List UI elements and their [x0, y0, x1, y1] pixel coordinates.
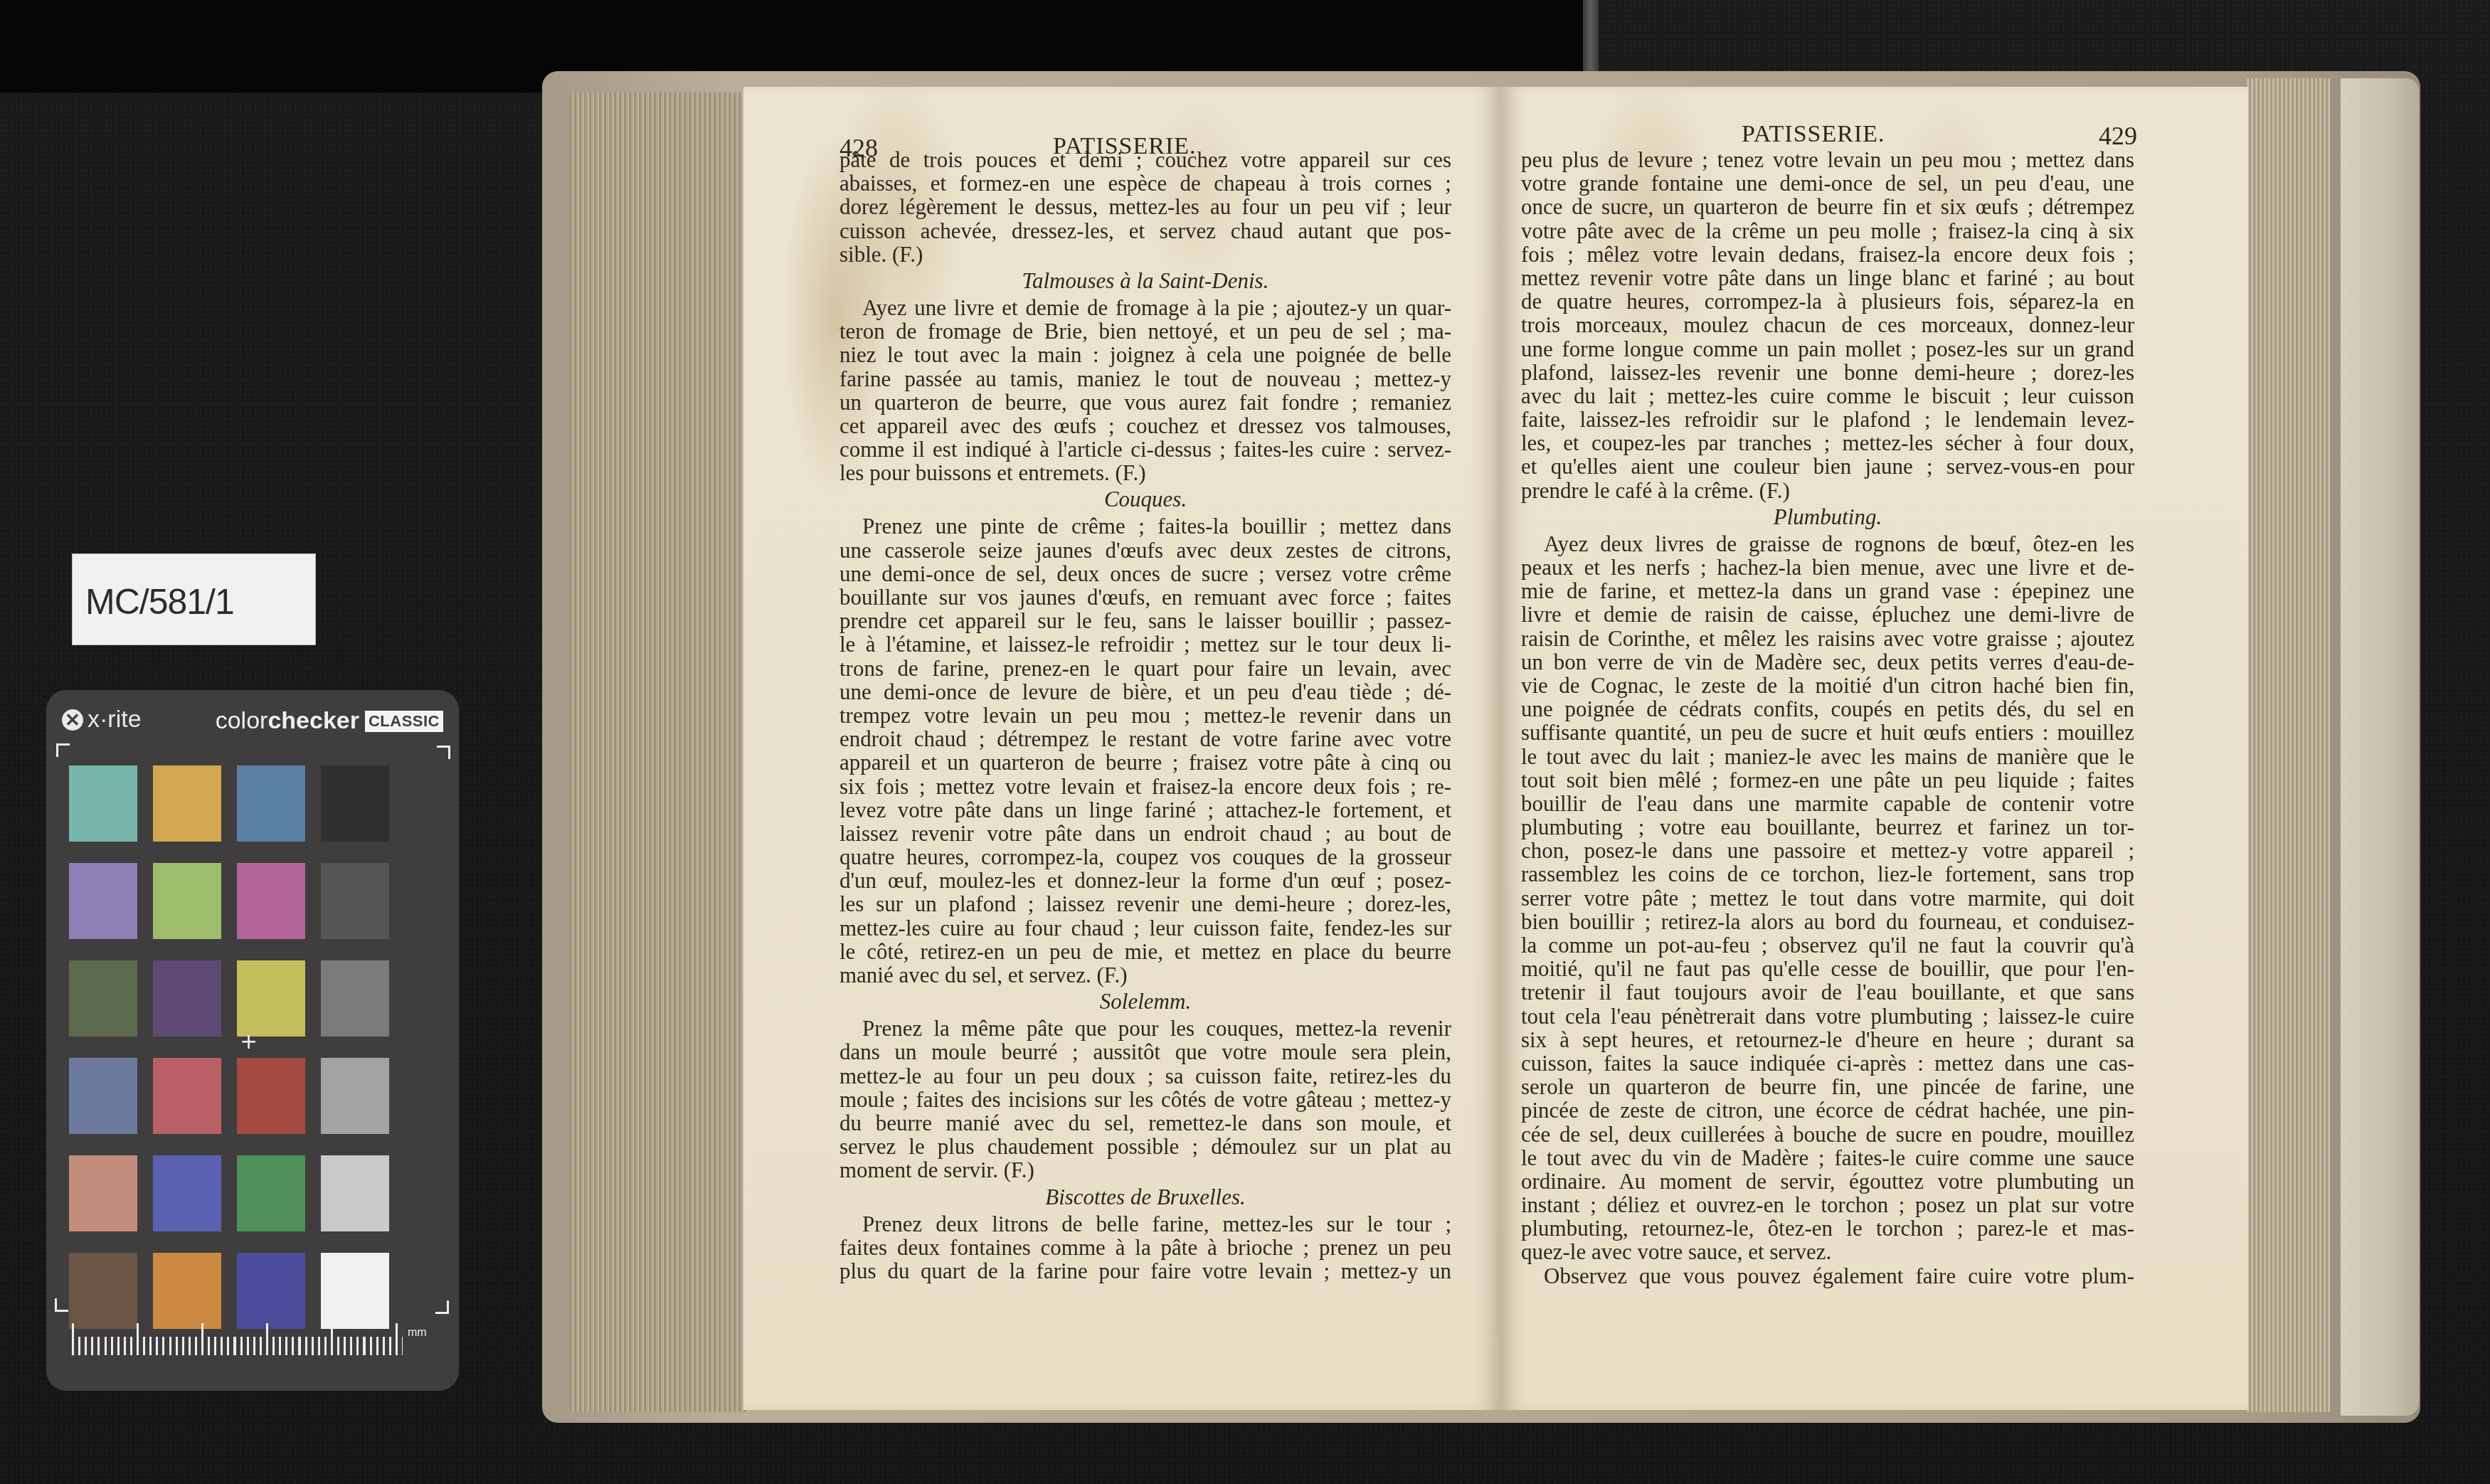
text-line: le tout avec du vin de Madère ; faites-l…: [1521, 1146, 2134, 1170]
text-line: du beurre manié avec du sel, remettez-le…: [839, 1111, 1451, 1135]
text-line: tout soit bien mêlé ; formez-en une pâte…: [1521, 768, 2134, 792]
text-line: rassemblez les coins de ce torchon, liez…: [1521, 862, 2134, 886]
text-line: instant ; déliez et ouvrez-en le torchon…: [1521, 1193, 2134, 1217]
color-patch: [321, 765, 389, 842]
text-line: faites deux fontaines comme à la pâte à …: [839, 1236, 1451, 1259]
color-patch: [69, 960, 137, 1037]
text-line: mie de farine, et mettez-la dans un gran…: [1521, 579, 2134, 603]
text-line: peu plus de levure ; tenez votre levain …: [1521, 148, 2134, 171]
text-line: six à sept heures, et retournez-le d'heu…: [1521, 1028, 2134, 1051]
text-line: quatre heures, corrompez-la, coupez vos …: [839, 845, 1451, 869]
right-page-text: peu plus de levure ; tenez votre levain …: [1521, 148, 2134, 1288]
text-line: trons de farine, prenez-en le quart pour…: [839, 657, 1451, 680]
text-line: farine passée au tamis, maniez le tout d…: [839, 367, 1451, 391]
text-line: servez le plus chaudement possible ; dém…: [839, 1135, 1451, 1158]
text-line: trois morceaux, moulez chacun de ces mor…: [1521, 313, 2134, 336]
text-line: les sur un plafond ; laissez revenir une…: [839, 892, 1451, 916]
text-line: cuisson, faites la sauce indiquée ci-apr…: [1521, 1051, 2134, 1075]
text-line: votre grande fontaine une demi-once de s…: [1521, 171, 2134, 195]
left-page-block-edge: [569, 92, 746, 1412]
ruler-unit: mm: [408, 1327, 427, 1340]
color-patch: [153, 1253, 221, 1329]
corner-mark-icon: [437, 746, 450, 759]
text-line: livre et demie de raisin de caisse, éplu…: [1521, 603, 2134, 626]
text-line: faite, laissez-les refroidir sur le plaf…: [1521, 408, 2134, 431]
shelfmark-text: MC/581/1: [85, 581, 234, 622]
text-line: moment de servir. (F.): [839, 1158, 1451, 1182]
text-line: prendre le café à la crême. (F.): [1521, 479, 2134, 502]
right-page-block-edge: [2245, 78, 2330, 1412]
text-line: tout cela l'eau pénètrerait dans votre p…: [1521, 1005, 2134, 1028]
text-line: les, et coupez-les par tranches ; mettez…: [1521, 431, 2134, 455]
color-patch: [321, 863, 389, 939]
color-patch: [153, 863, 221, 939]
text-line: dans un moule beurré ; aussitôt que votr…: [839, 1040, 1451, 1064]
colorchecker-title: colorchecker CLASSIC: [216, 707, 443, 735]
color-patch: [321, 1155, 389, 1231]
text-line: fois ; mêlez votre levain dedans, fraise…: [1521, 243, 2134, 266]
colorchecker-bold: checker: [267, 707, 359, 734]
color-patch: [69, 1058, 137, 1134]
color-patch: [69, 863, 137, 939]
text-line: cet appareil avec des œufs ; couchez et …: [839, 414, 1451, 438]
color-patch: [237, 1155, 305, 1231]
text-line: tretenir il faut toujours avoir de l'eau…: [1521, 980, 2134, 1004]
text-line: plumbuting, retournez-le, ôtez-en le tor…: [1521, 1217, 2134, 1240]
recipe-title: Biscottes de Bruxelles.: [839, 1182, 1451, 1212]
mm-ruler-major-ticks: [72, 1323, 403, 1355]
right-running-head: PATISSERIE.: [1742, 121, 1885, 148]
text-line: un quarteron de beurre, que vous aurez f…: [839, 391, 1451, 414]
text-line: levez votre pâte dans un linge fariné ; …: [839, 798, 1451, 822]
text-line: moule ; faites des incisions sur les côt…: [839, 1088, 1451, 1111]
text-line: pâte de trois pouces et demi ; couchez v…: [839, 148, 1451, 171]
text-line: trempez votre levain un peu mou ; mettez…: [839, 704, 1451, 727]
text-line: chon, posez-le dans une passoire et mett…: [1521, 839, 2134, 862]
text-line: cée de sel, deux cuillerées à bouche de …: [1521, 1123, 2134, 1146]
text-line: de quatre heures, corrompez-la à plusieu…: [1521, 290, 2134, 313]
text-line: manié avec du sel, et servez. (F.): [839, 963, 1451, 987]
text-line: une casserole seize jaunes d'œufs avec d…: [839, 539, 1451, 562]
text-line: Prenez une pinte de crême ; faites-la bo…: [839, 514, 1451, 538]
left-page-text: pâte de trois pouces et demi ; couchez v…: [839, 148, 1451, 1283]
text-line: sible. (F.): [839, 243, 1451, 266]
text-line: dorez légèrement le dessus, mettez-les a…: [839, 195, 1451, 218]
color-patch: [69, 1155, 137, 1231]
color-patch: [69, 1253, 137, 1329]
text-line: le côté, retirez-en un peu de mie, et me…: [839, 940, 1451, 963]
color-patch: [237, 1253, 305, 1329]
text-line: pincée de zeste de citron, une écorce de…: [1521, 1098, 2134, 1122]
xrite-brand-text: x·rite: [88, 706, 142, 733]
color-patch: [153, 960, 221, 1037]
text-line: comme il est indiqué à l'article ci-dess…: [839, 438, 1451, 461]
color-patch: [321, 1058, 389, 1134]
text-line: ordinaire. Au moment de servir, égouttez…: [1521, 1170, 2134, 1193]
corner-mark-icon: [435, 1300, 449, 1314]
text-line: le tout avec du lait ; maniez-le avec le…: [1521, 745, 2134, 768]
color-patch: [153, 1058, 221, 1134]
classic-badge: CLASSIC: [365, 711, 443, 732]
color-patch: [321, 960, 389, 1037]
text-line: les pour buissons et entremets. (F.): [839, 461, 1451, 484]
color-patch: [237, 765, 305, 842]
text-line: laissez revenir votre pâte dans un endro…: [839, 822, 1451, 845]
text-line: peaux et les nerfs ; hachez-la bien menu…: [1521, 556, 2134, 579]
text-line: une demi-once de sel, deux onces de sucr…: [839, 562, 1451, 585]
text-line: avec du lait ; mettez-les cuire comme le…: [1521, 384, 2134, 408]
color-checker-card: ✕ x·rite colorchecker CLASSIC + mm: [46, 690, 459, 1391]
text-line: Observez que vous pouvez également faire…: [1521, 1264, 2134, 1288]
text-line: et qu'elles aient une couleur bien jaune…: [1521, 455, 2134, 478]
text-line: plumbuting ; votre eau bouillante, beurr…: [1521, 815, 2134, 839]
text-line: Prenez deux litrons de belle farine, met…: [839, 1212, 1451, 1236]
right-page-number: 429: [2099, 121, 2137, 151]
text-line: six fois ; mettez votre levain et fraise…: [839, 775, 1451, 798]
text-line: une poignée de cédrats confits, coupés e…: [1521, 697, 2134, 721]
text-line: bouillante sur vos jaunes d'œufs, en rem…: [839, 585, 1451, 609]
text-line: prendre cet appareil sur le feu, sans le…: [839, 609, 1451, 632]
text-line: votre pâte avec de la crême un peu molle…: [1521, 219, 2134, 243]
text-line: mettez revenir votre pâte dans un linge …: [1521, 266, 2134, 290]
text-line: Prenez la même pâte que pour les couques…: [839, 1017, 1451, 1040]
text-line: suffisante quantité, un peu de sucre et …: [1521, 721, 2134, 744]
text-line: la comme un pot-au-feu ; observez qu'il …: [1521, 933, 2134, 957]
text-line: cuisson achevée, dressez-les, et servez …: [839, 219, 1451, 243]
text-line: once de sucre, un quarteron de beurre fi…: [1521, 195, 2134, 218]
color-patch: [321, 1253, 389, 1329]
text-line: une forme longue comme un pain mollet ; …: [1521, 337, 2134, 361]
text-line: plus du quart de la farine pour faire vo…: [839, 1259, 1451, 1283]
text-line: Ayez une livre et demie de fromage à la …: [839, 296, 1451, 319]
recipe-title: Solelemm.: [839, 987, 1451, 1017]
crosshair-icon: +: [240, 1032, 258, 1053]
text-line: quez-le avec votre sauce, et servez.: [1521, 1240, 2134, 1263]
right-cover-board: [2341, 78, 2419, 1416]
text-line: raisin de Corinthe, et mêlez les raisins…: [1521, 627, 2134, 650]
text-line: plafond, laissez-les revenir une bonne d…: [1521, 361, 2134, 384]
text-line: serrer votre pâte ; mettez le tout dans …: [1521, 886, 2134, 910]
text-line: bien bouillir ; retirez-la alors au bord…: [1521, 910, 2134, 933]
color-patch: [237, 960, 305, 1037]
text-line: teron de fromage de Brie, bien nettoyé, …: [839, 319, 1451, 343]
text-line: vie de Cognac, le zeste de la moitié d'u…: [1521, 674, 2134, 697]
color-patch: [153, 1155, 221, 1231]
colorchecker-prefix: color: [216, 707, 268, 734]
xrite-x-icon: ✕: [62, 709, 83, 731]
corner-mark-icon: [56, 743, 70, 757]
text-line: moitié, qu'il ne faut pas qu'elle cesse …: [1521, 957, 2134, 980]
text-line: bouillir de l'eau dans une marmite capab…: [1521, 792, 2134, 815]
text-line: mettez-le au four un peu doux ; sa cuiss…: [839, 1064, 1451, 1088]
text-line: niez le tout avec la main : joignez à ce…: [839, 343, 1451, 366]
color-patch: [237, 863, 305, 939]
text-line: abaisses, et formez-en une espèce de cha…: [839, 171, 1451, 195]
text-line: d'un œuf, moulez-les et donnez-leur la f…: [839, 869, 1451, 892]
text-line: endroit chaud ; détrempez le restant de …: [839, 727, 1451, 751]
text-line: appareil et un quarteron de beurre ; fra…: [839, 751, 1451, 774]
text-line: une demi-once de levure de bière, et un …: [839, 680, 1451, 704]
recipe-title: Couques.: [839, 484, 1451, 514]
text-line: un bon verre de vin de Madère sec, deux …: [1521, 650, 2134, 674]
text-line: le à l'étamine, et laissez-le refroidir …: [839, 632, 1451, 656]
corner-mark-icon: [55, 1298, 68, 1312]
recipe-title: Plumbuting.: [1521, 502, 2134, 532]
color-patch: [237, 1058, 305, 1134]
text-line: mettez-les cuire au four chaud ; leur cu…: [839, 916, 1451, 940]
color-patch-grid: [69, 765, 389, 1329]
recipe-title: Talmouses à la Saint-Denis.: [839, 266, 1451, 296]
color-patch: [153, 765, 221, 842]
xrite-logo: ✕ x·rite: [62, 706, 142, 733]
text-line: Ayez deux livres de graisse de rognons d…: [1521, 532, 2134, 556]
text-line: serole un quarteron de beurre fin, une p…: [1521, 1075, 2134, 1098]
color-patch: [69, 765, 137, 842]
shelfmark-label: MC/581/1: [72, 553, 316, 645]
